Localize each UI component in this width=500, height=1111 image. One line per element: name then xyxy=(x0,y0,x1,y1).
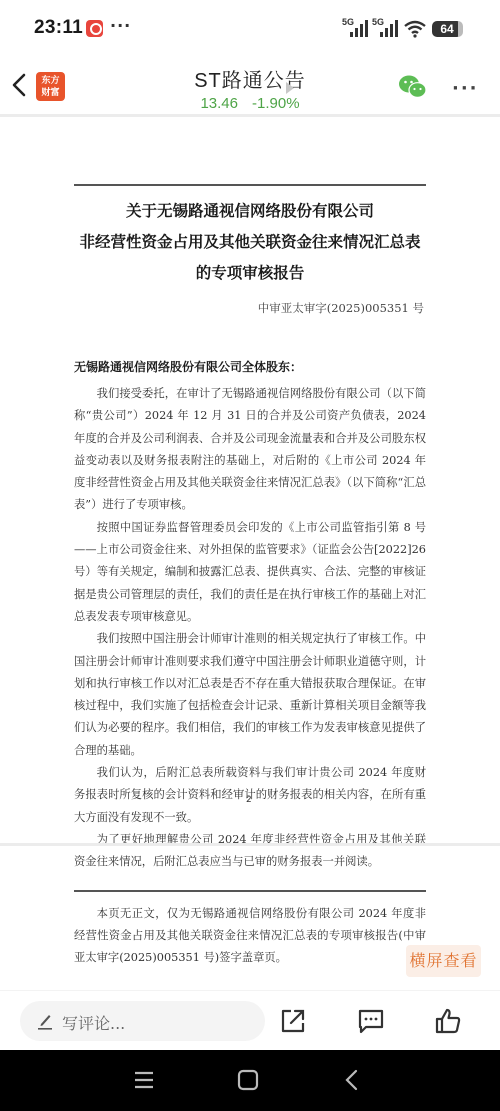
logo-text-2: 财富 xyxy=(36,87,65,99)
landscape-view-button[interactable]: 横屏查看 xyxy=(406,945,481,977)
stock-quote: 13.46-1.90% xyxy=(140,95,360,112)
signal-icon-1: 5G xyxy=(342,17,372,39)
wechat-share-button[interactable] xyxy=(398,74,428,100)
page-number: 2 xyxy=(246,795,252,805)
page-title: ST路通公告 xyxy=(140,64,360,93)
salutation: 无锡路通视信网络股份有限公司全体股东： xyxy=(74,358,302,375)
comment-placeholder: 写评论... xyxy=(62,1011,125,1034)
page-divider xyxy=(0,114,500,117)
title-line-2: 非经营性资金占用及其他关联资金往来情况汇总表 xyxy=(60,227,440,258)
eastmoney-logo[interactable]: 东方 财富 xyxy=(36,72,65,101)
reference-number: 中审亚太审字(2025)005351 号 xyxy=(258,300,424,316)
home-icon[interactable] xyxy=(236,1068,260,1092)
pencil-icon xyxy=(37,1012,53,1030)
stock-change: -1.90% xyxy=(252,95,300,112)
paragraph-2: 按照中国证券监督管理委员会印发的《上市公司监管指引第 8 号——上市公司资金往来… xyxy=(74,517,426,628)
more-options-button[interactable]: ··· xyxy=(452,78,479,99)
page-divider xyxy=(0,843,500,846)
status-bar: 23:11 ··· 5G 5G 64 xyxy=(0,0,500,56)
back-icon[interactable] xyxy=(340,1068,364,1092)
back-button[interactable] xyxy=(8,68,32,102)
share-icon[interactable] xyxy=(279,1007,307,1035)
paragraph-5: 为了更好地理解贵公司 2024 年度非经营性资金占用及其他关联资金往来情况，后附… xyxy=(74,829,426,874)
title-line-1: 关于无锡路通视信网络股份有限公司 xyxy=(60,196,440,227)
stock-title-block[interactable]: ST路通公告 13.46-1.90% xyxy=(140,64,360,112)
more-notifications-icon: ··· xyxy=(110,16,131,35)
app-header: 东方 财富 ST路通公告 13.46-1.90% ··· xyxy=(0,56,500,116)
header-rule xyxy=(74,890,426,892)
document-title: 关于无锡路通视信网络股份有限公司 非经营性资金占用及其他关联资金往来情况汇总表 … xyxy=(60,196,440,289)
battery-tip xyxy=(458,21,463,37)
header-rule xyxy=(74,184,426,186)
signal-label: 5G xyxy=(342,17,354,27)
system-nav-bar xyxy=(0,1050,500,1111)
like-icon[interactable] xyxy=(434,1007,462,1035)
status-time: 23:11 xyxy=(34,17,83,39)
paragraph-3: 我们按照中国注册会计师审计准则的相关规定执行了审核工作。中国注册会计师审计准则要… xyxy=(74,628,426,762)
title-line-3: 的专项审核报告 xyxy=(60,258,440,289)
signal-icon-2: 5G xyxy=(372,17,402,39)
wifi-icon xyxy=(404,20,426,38)
signature-page-note: 本页无正文，仅为无锡路通视信网络股份有限公司 2024 年度非经营性资金占用及其… xyxy=(74,903,426,969)
menu-icon[interactable] xyxy=(132,1068,156,1092)
bottom-action-bar: 写评论... xyxy=(0,990,500,1050)
comment-icon[interactable] xyxy=(357,1007,385,1035)
comment-input[interactable]: 写评论... xyxy=(20,1001,265,1041)
app-notification-icon xyxy=(86,20,103,37)
chevron-right-icon[interactable] xyxy=(286,82,294,94)
logo-text-1: 东方 xyxy=(36,75,65,87)
stock-price: 13.46 xyxy=(200,95,238,112)
paragraph-1: 我们接受委托，在审计了无锡路通视信网络股份有限公司（以下简称“贵公司”）2024… xyxy=(74,383,426,517)
signal-label: 5G xyxy=(372,17,384,27)
